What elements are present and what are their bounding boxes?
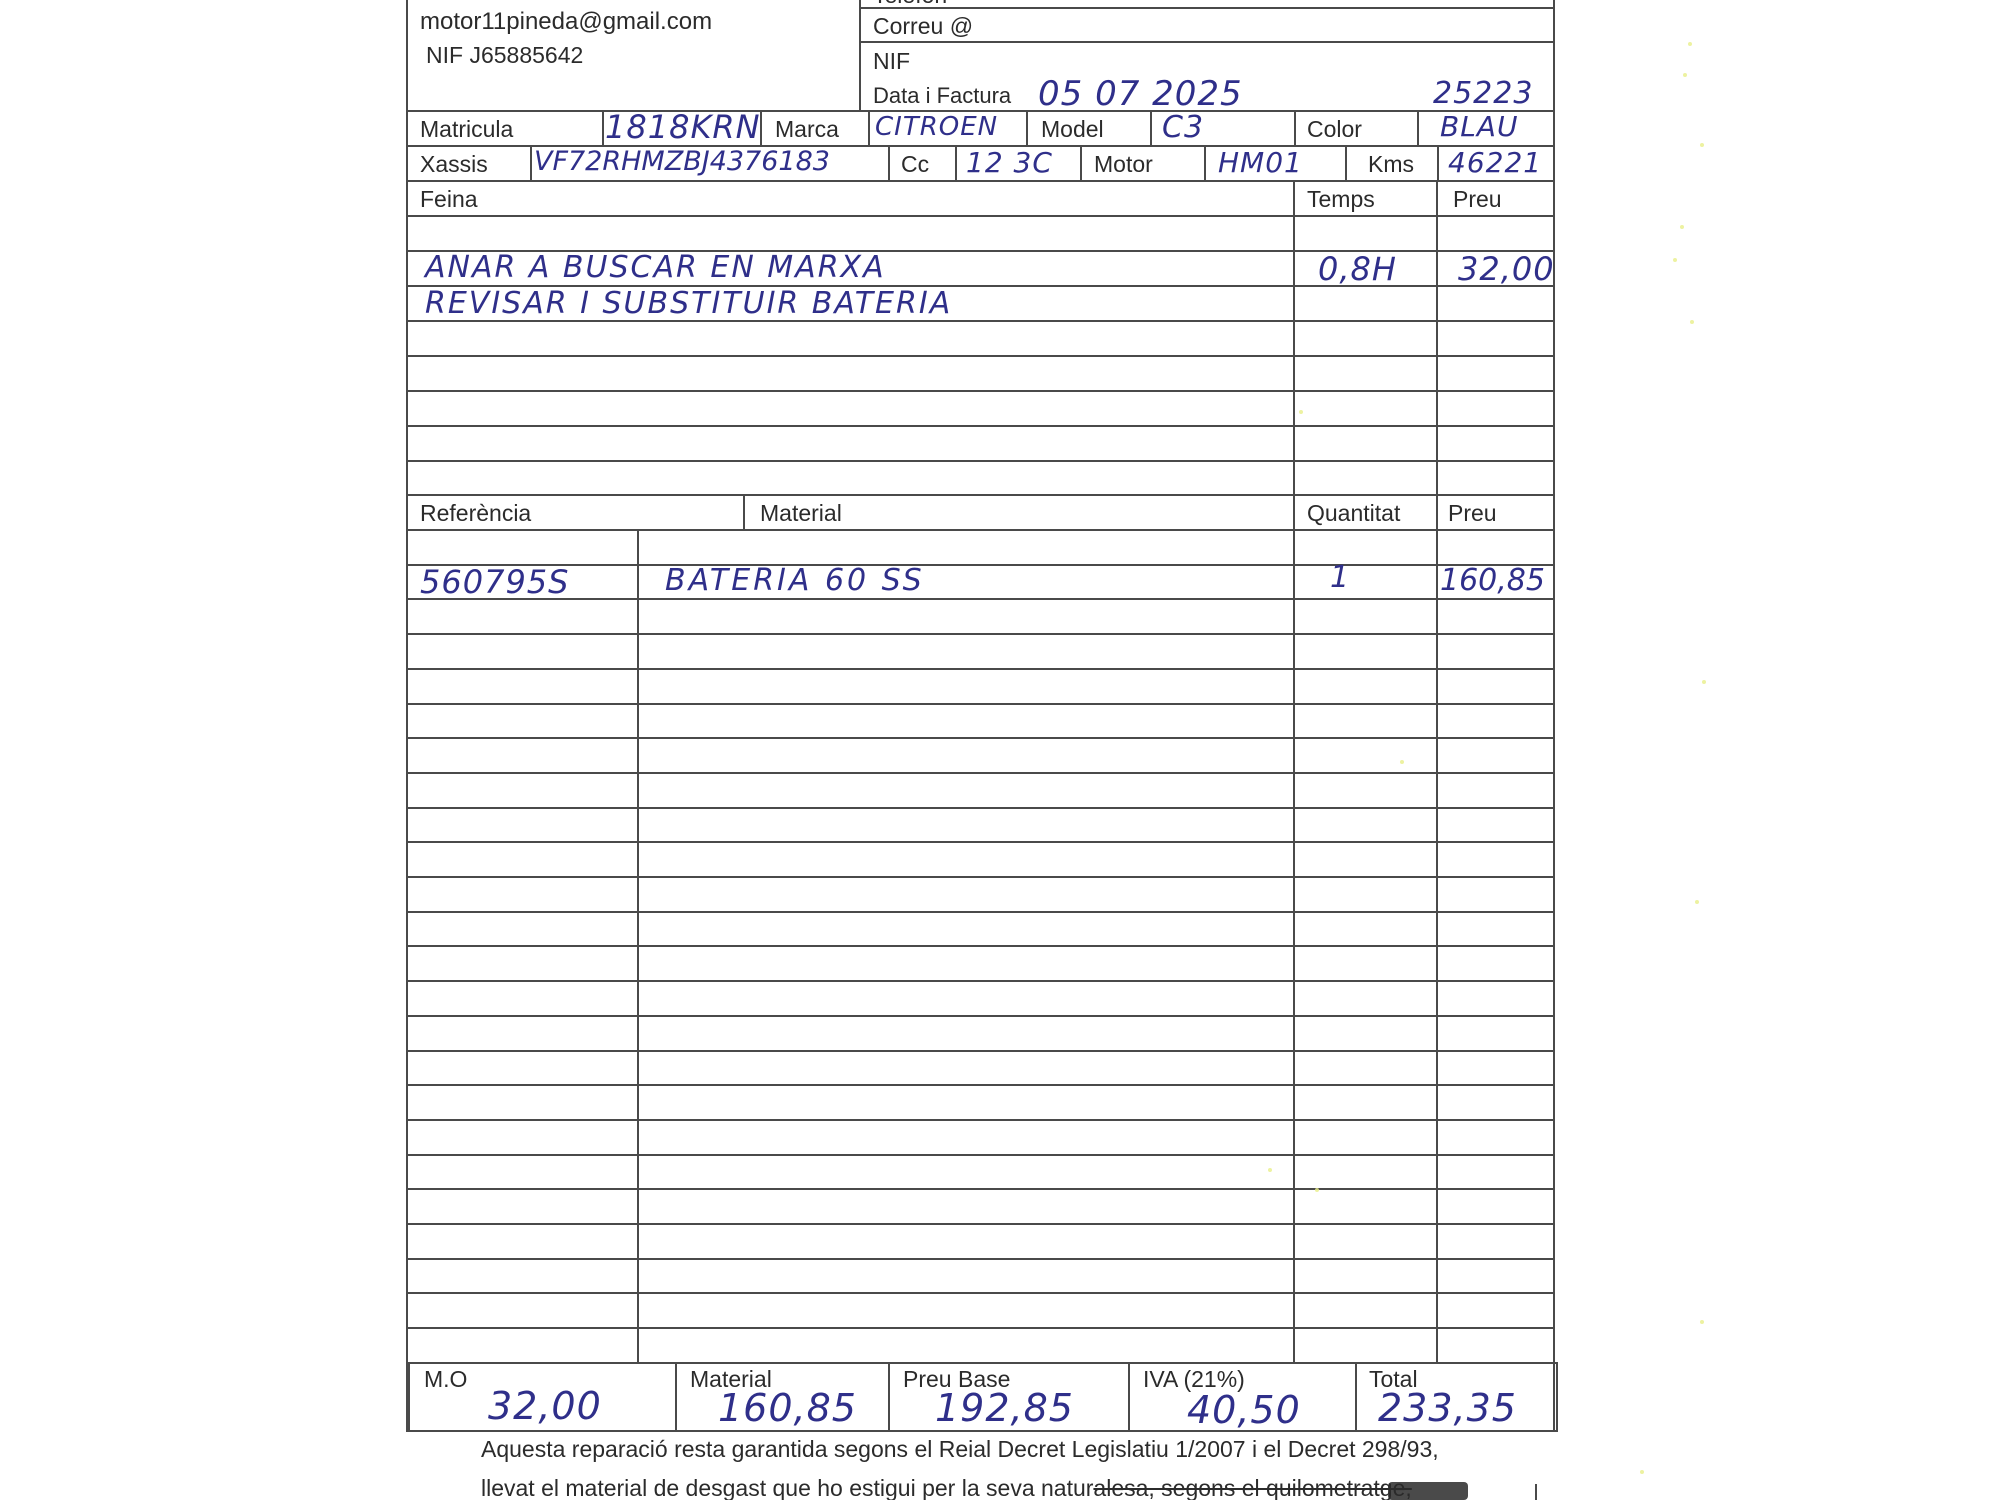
- correu-label: Correu @: [873, 13, 973, 40]
- grid-divider: [602, 110, 604, 146]
- model-value: C3: [1162, 110, 1204, 145]
- materials-row-line: [408, 1258, 1555, 1260]
- feina-preu-divider: [1436, 180, 1438, 495]
- kms-value: 46221: [1448, 146, 1542, 179]
- iva-value: 40,50: [1187, 1388, 1301, 1432]
- temps-label: Temps: [1307, 186, 1375, 213]
- grid-divider: [760, 110, 762, 146]
- materials-preu-divider: [1436, 494, 1438, 1363]
- feina-row-line: [406, 425, 1555, 427]
- mo-label: M.O: [424, 1366, 467, 1393]
- motor-label: Motor: [1094, 151, 1153, 178]
- cc-value: 12 3C: [966, 146, 1053, 179]
- data-value: 05 07 2025: [1038, 74, 1243, 114]
- materials-row-line: [408, 1154, 1555, 1156]
- warranty-note-line-2-struck: alesa, segons el quilometratge,: [1093, 1475, 1411, 1500]
- materials-row-line: [408, 703, 1555, 705]
- grid-divider: [1150, 110, 1152, 146]
- grid-divider: [888, 145, 890, 181]
- warranty-note-line-1: Aquesta reparació resta garantida segons…: [481, 1436, 1439, 1463]
- scan-speck: [1700, 143, 1704, 147]
- materials-row-line: [408, 1327, 1555, 1329]
- xassis-value: VF72RHMZBJ4376183: [534, 146, 830, 177]
- factura-number: 25223: [1433, 76, 1533, 111]
- grid-divider: [955, 145, 957, 181]
- material-row-1-quantitat: 1: [1330, 560, 1350, 595]
- materials-quantitat-divider: [1293, 494, 1295, 1363]
- warranty-note-line-2-plain: llevat el material de desgast que ho est…: [481, 1475, 1093, 1500]
- feina-line-2-text: REVISAR I SUBSTITUIR BATERIA: [425, 286, 952, 321]
- feina-row-line: [406, 390, 1555, 392]
- feina-temps-divider: [1293, 180, 1295, 495]
- totals-divider: [1128, 1362, 1130, 1432]
- matricula-value: 1818KRN: [605, 108, 761, 146]
- model-label: Model: [1041, 116, 1104, 143]
- scan-speck: [1400, 760, 1404, 764]
- feina-label: Feina: [420, 186, 478, 213]
- scan-speck: [1299, 410, 1303, 414]
- color-value: BLAU: [1440, 110, 1518, 143]
- quantitat-label: Quantitat: [1307, 500, 1400, 527]
- ink-smudge: [1388, 1482, 1468, 1500]
- material-label: Material: [760, 500, 842, 527]
- header-row-line-2: [860, 41, 1554, 43]
- cc-label: Cc: [901, 151, 929, 178]
- header-column-divider: [859, 0, 861, 111]
- totals-top-line: [408, 1362, 1557, 1364]
- shop-email: motor11pineda@gmail.com: [420, 8, 712, 36]
- grid-divider: [1026, 110, 1028, 146]
- marca-value: CITROEN: [875, 112, 998, 142]
- materials-row-line: [408, 598, 1555, 600]
- materials-row-line: [408, 772, 1555, 774]
- warranty-note-line-2: llevat el material de desgast que ho est…: [481, 1475, 1412, 1500]
- materials-row-line: [408, 807, 1555, 809]
- matricula-label: Matricula: [420, 116, 513, 143]
- totals-divider: [675, 1362, 677, 1432]
- feina-preu-label: Preu: [1453, 186, 1502, 213]
- scan-speck: [1700, 1320, 1704, 1324]
- totals-divider: [888, 1362, 890, 1432]
- material-row-1-preu: 160,85: [1440, 563, 1545, 598]
- client-nif-label: NIF: [873, 48, 910, 75]
- materials-row-line: [408, 1084, 1555, 1086]
- materials-row-line: [408, 1050, 1555, 1052]
- total-value: 233,35: [1378, 1386, 1517, 1430]
- materials-row-line: [408, 1292, 1555, 1294]
- materials-row-line: [408, 911, 1555, 913]
- scan-speck: [1688, 42, 1692, 46]
- kms-label: Kms: [1368, 151, 1414, 178]
- scan-speck: [1315, 1188, 1319, 1192]
- materials-row-line: [408, 1188, 1555, 1190]
- materials-preu-label: Preu: [1448, 500, 1497, 527]
- scan-speck: [1640, 1470, 1644, 1474]
- scan-speck: [1268, 1168, 1272, 1172]
- material-row-1-material: BATERIA 60 SS: [665, 563, 925, 598]
- grid-divider: [1294, 110, 1296, 146]
- materials-row-line: [408, 737, 1555, 739]
- totals-divider: [1355, 1362, 1357, 1432]
- scan-speck: [1702, 680, 1706, 684]
- materials-row-line: [408, 945, 1555, 947]
- materials-row-line: [408, 633, 1555, 635]
- scan-speck: [1683, 73, 1687, 77]
- feina-line-1-temps: 0,8H: [1318, 250, 1397, 288]
- totals-material-value: 160,85: [718, 1386, 857, 1430]
- grid-divider: [530, 145, 532, 181]
- data-factura-label: Data i Factura: [873, 83, 1011, 109]
- scan-speck: [1680, 225, 1684, 229]
- material-row-1-referencia: 560795S: [420, 563, 569, 601]
- materials-row-line: [408, 841, 1555, 843]
- color-label: Color: [1307, 116, 1362, 143]
- feina-line-1-text: ANAR A BUSCAR EN MARXA: [425, 250, 886, 285]
- grid-divider: [1437, 145, 1439, 181]
- grid-divider: [1204, 145, 1206, 181]
- grid-divider: [1345, 145, 1347, 181]
- scan-speck: [1690, 320, 1694, 324]
- materials-header-top: [406, 494, 1555, 496]
- feina-row-line: [406, 355, 1555, 357]
- materials-row-line: [408, 1223, 1555, 1225]
- shop-nif: NIF J65885642: [426, 42, 583, 69]
- materials-row-line: [408, 529, 1555, 531]
- totals-left-border: [408, 1362, 410, 1432]
- materials-row-line: [408, 564, 1555, 566]
- totals-right-border: [1556, 1362, 1558, 1432]
- materials-row-line: [408, 1015, 1555, 1017]
- materials-row-line: [408, 876, 1555, 878]
- feina-row-line: [406, 215, 1555, 217]
- scan-speck: [1673, 258, 1677, 262]
- header-row-line-1: [860, 7, 1554, 9]
- materials-header-divider: [743, 494, 745, 529]
- scan-speck: [1695, 900, 1699, 904]
- feina-row-line: [406, 460, 1555, 462]
- materials-row-line: [408, 1119, 1555, 1121]
- motor-value: HM01: [1218, 146, 1303, 179]
- grid-divider: [1080, 145, 1082, 181]
- preu-base-value: 192,85: [935, 1386, 1074, 1430]
- grid-divider: [868, 110, 870, 146]
- totals-bottom-line: [408, 1430, 1557, 1432]
- referencia-label: Referència: [420, 500, 531, 527]
- materials-row-line: [408, 668, 1555, 670]
- marca-label: Marca: [775, 116, 839, 143]
- materials-row-line: [408, 980, 1555, 982]
- invoice-form: motor11pineda@gmail.com NIF J65885642 Te…: [0, 0, 2000, 1500]
- feina-top-line: [406, 180, 1555, 182]
- margin-mark: [1535, 1484, 1537, 1500]
- feina-line-1-preu: 32,00: [1458, 250, 1555, 288]
- grid-divider: [1417, 110, 1419, 146]
- mo-value: 32,00: [488, 1384, 602, 1428]
- xassis-label: Xassis: [420, 151, 488, 178]
